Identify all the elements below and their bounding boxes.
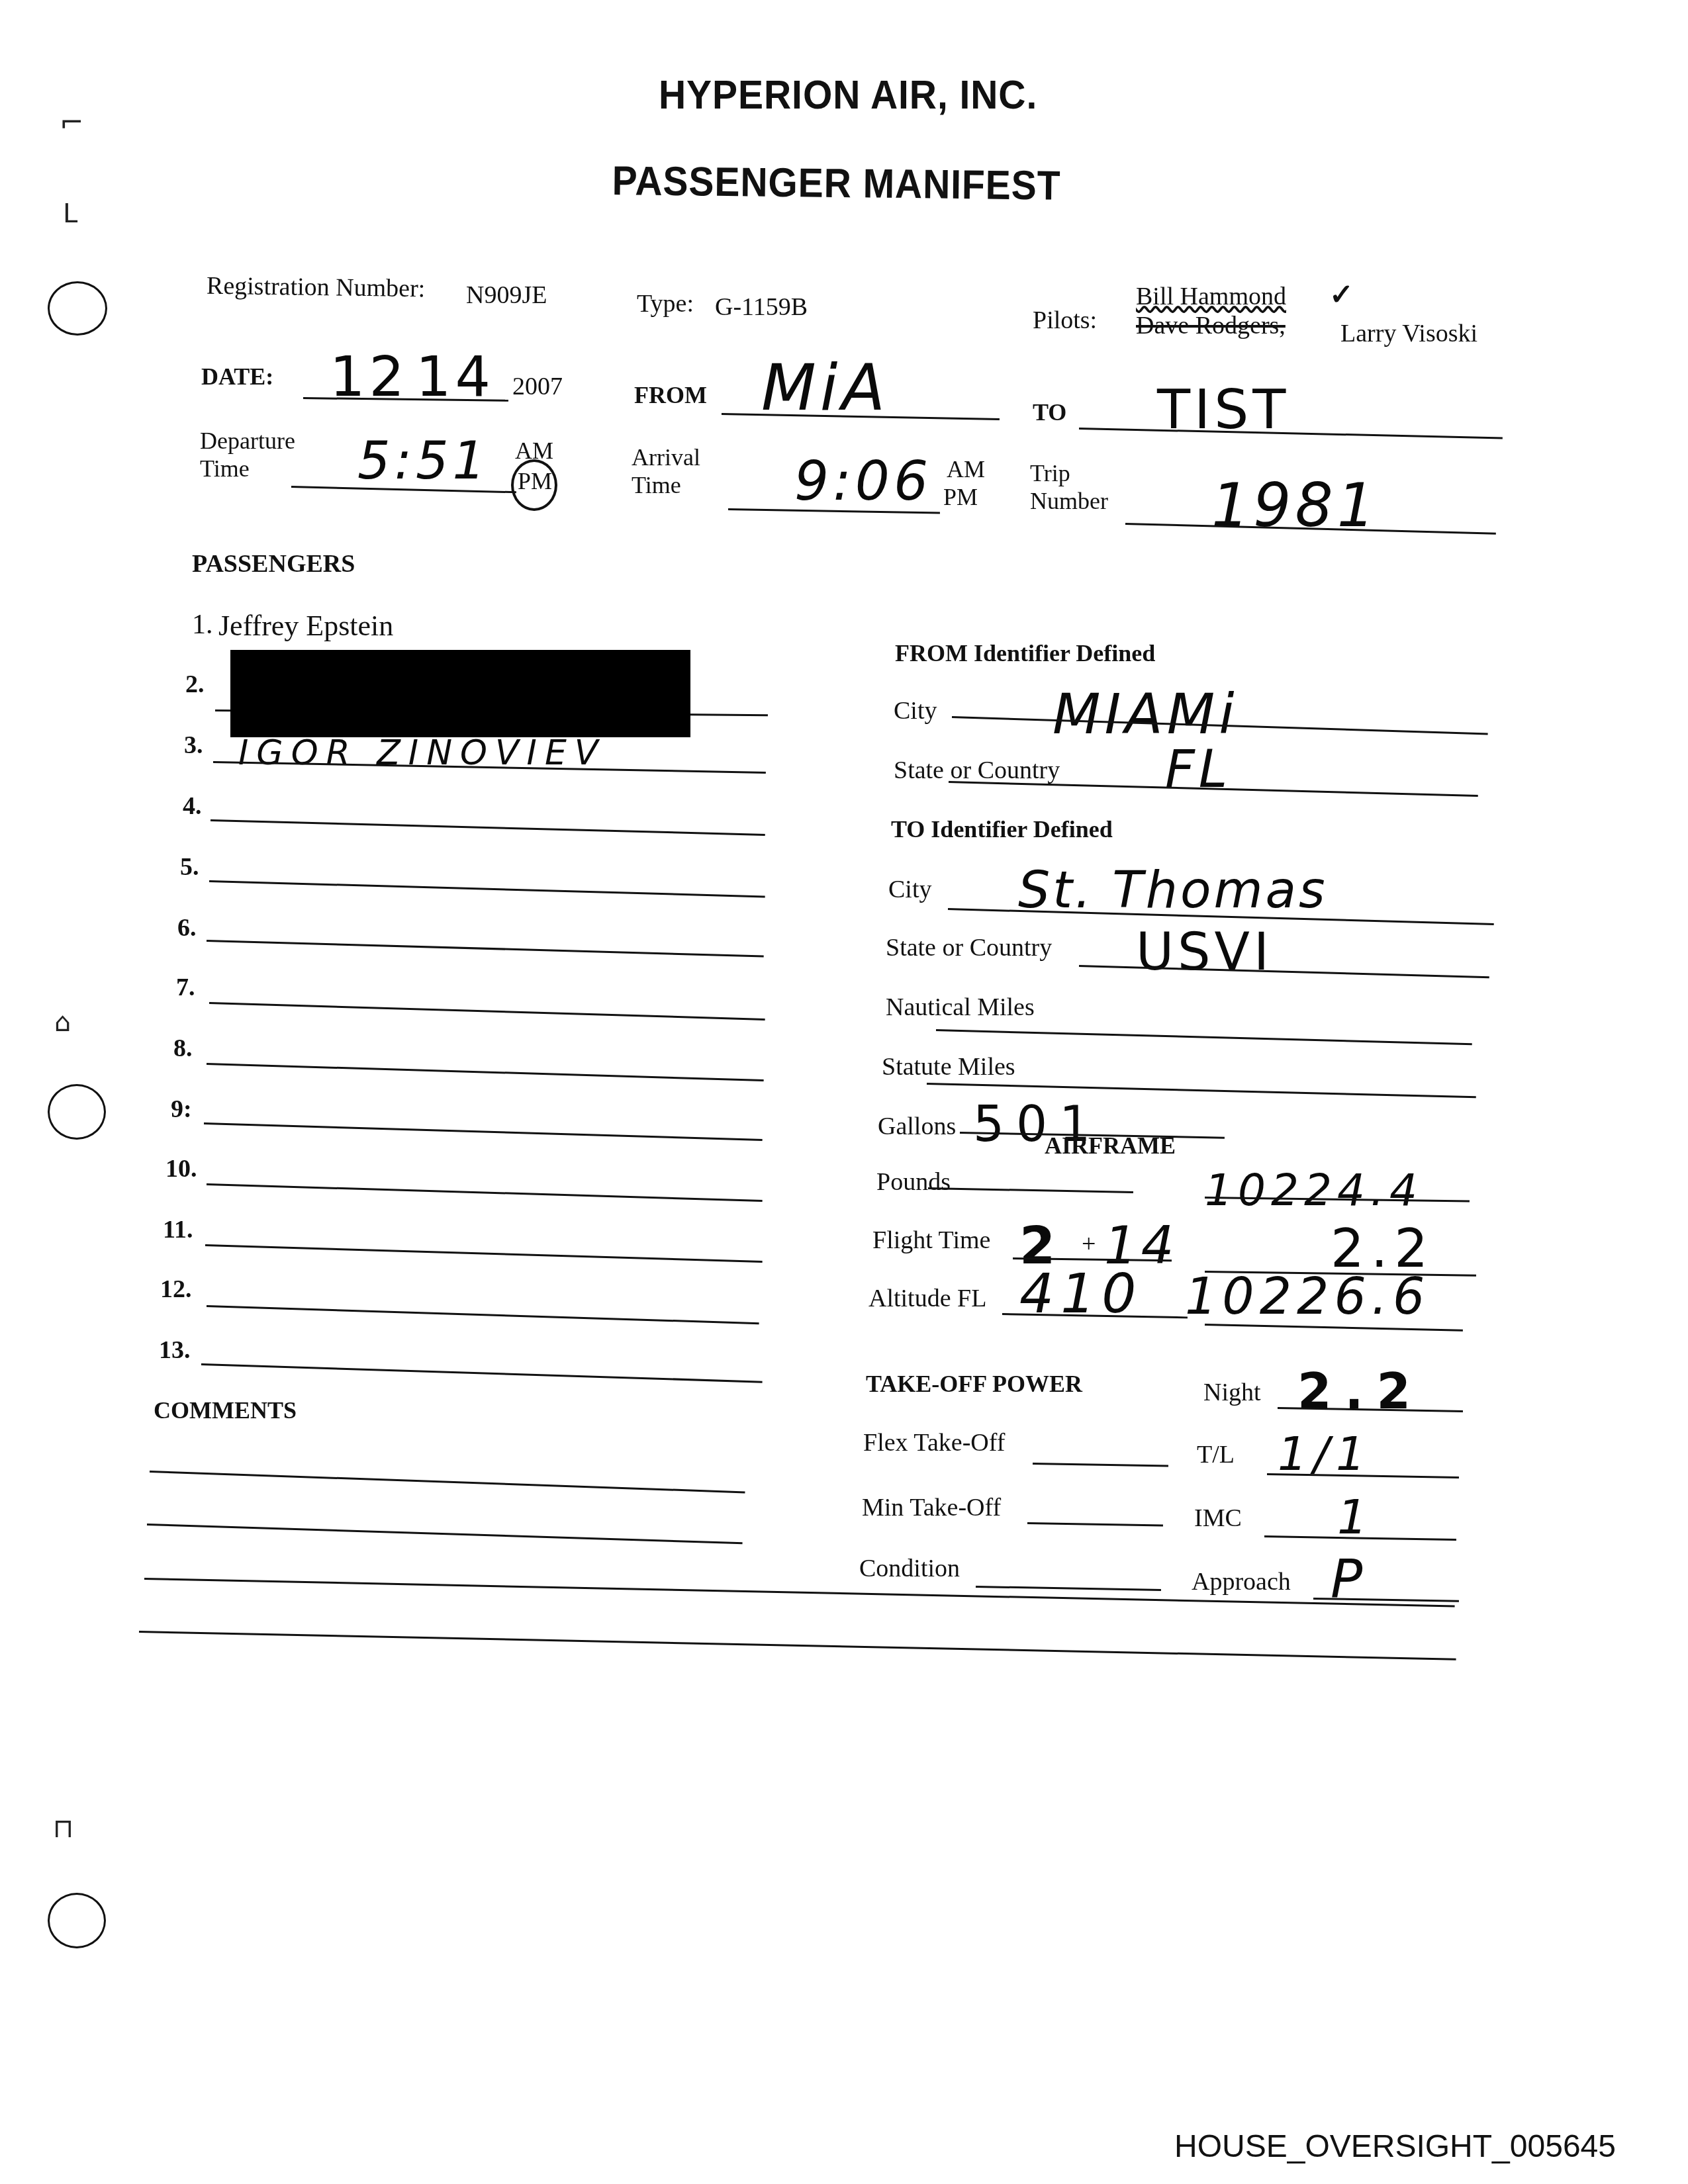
nautical-miles-underline[interactable]	[936, 1029, 1472, 1045]
pm-selected-circle	[511, 459, 557, 511]
flex-takeoff-label: Flex Take-Off	[863, 1428, 1005, 1457]
flight-time-label: Flight Time	[872, 1226, 990, 1255]
passenger-line	[204, 1122, 763, 1141]
comments-heading: COMMENTS	[154, 1396, 297, 1424]
departure-label: Departure Time	[200, 427, 295, 482]
date-year: 2007	[512, 372, 563, 401]
imc-label: IMC	[1194, 1504, 1242, 1533]
registration-label: Registration Number:	[207, 271, 426, 304]
to-state-label: State or Country	[886, 933, 1052, 962]
type-value: G-1159B	[715, 293, 808, 322]
arrival-am: AM	[947, 455, 985, 483]
passenger-line	[209, 1002, 765, 1021]
passenger-num: 3.	[184, 731, 203, 760]
from-label: FROM	[634, 381, 707, 409]
passenger-num: 5.	[180, 852, 199, 882]
binder-hole-top	[48, 281, 107, 336]
passenger-num: 11.	[163, 1215, 193, 1244]
night-value[interactable]: 2.2	[1297, 1363, 1424, 1420]
pilot-second: Larry Visoski	[1340, 319, 1477, 348]
airframe-heading: AIRFRAME	[1045, 1132, 1176, 1160]
passenger-line	[207, 1183, 763, 1202]
condition-underline[interactable]	[976, 1586, 1161, 1591]
passenger-num: 10.	[165, 1154, 197, 1183]
to-city-label: City	[888, 875, 931, 904]
margin-scribble: ᒪ	[63, 199, 77, 229]
takeoff-power-heading: TAKE-OFF POWER	[866, 1370, 1082, 1398]
passenger-num: 13.	[159, 1336, 191, 1365]
pounds-underline[interactable]	[928, 1187, 1133, 1193]
tl-label: T/L	[1197, 1440, 1235, 1469]
passenger-line	[205, 1244, 763, 1263]
departure-time-value[interactable]: 5:51	[357, 432, 489, 491]
to-city-value[interactable]: St. Thomas	[1018, 860, 1328, 919]
flight-time-plus: +	[1082, 1230, 1096, 1259]
from-city-value[interactable]: MIAMi	[1053, 682, 1239, 747]
trip-label: Trip Number	[1030, 459, 1108, 515]
passenger-num: 12.	[160, 1275, 192, 1304]
from-identifier-heading: FROM Identifier Defined	[895, 639, 1155, 667]
margin-scribble: ⊓	[53, 1813, 73, 1844]
binder-hole-middle	[48, 1084, 106, 1140]
margin-scribble: ⌂	[54, 1007, 71, 1038]
arrival-time-value[interactable]: 9:06	[794, 450, 932, 513]
passenger-name: Jeffrey Epstein	[218, 609, 393, 643]
passenger-num: 2.	[185, 670, 205, 699]
to-underline	[1079, 428, 1503, 439]
passenger-line	[207, 1305, 759, 1324]
passenger-num: 4.	[183, 792, 202, 821]
min-takeoff-underline[interactable]	[1027, 1522, 1163, 1527]
airframe-end-value[interactable]: 10226.6	[1185, 1267, 1430, 1326]
arrival-label-line2: Time	[632, 471, 700, 499]
nautical-miles-label: Nautical Miles	[886, 993, 1035, 1022]
to-label: TO	[1033, 398, 1066, 426]
arrival-pm: PM	[943, 483, 978, 511]
page-title: PASSENGER MANIFEST	[612, 158, 1061, 210]
pilots-label: Pilots:	[1033, 306, 1097, 335]
comments-line	[150, 1471, 745, 1493]
passenger-num: 6.	[177, 913, 197, 942]
trip-label-line2: Number	[1030, 487, 1108, 515]
passenger-line	[207, 1063, 764, 1081]
binder-hole-bottom	[48, 1893, 106, 1948]
passenger-line	[207, 940, 764, 958]
to-state-value[interactable]: USVI	[1136, 923, 1273, 982]
min-takeoff-label: Min Take-Off	[862, 1493, 1001, 1522]
passenger-num: 1.	[192, 609, 213, 641]
passenger-num: 7.	[176, 973, 195, 1002]
pilot-struck-out: Dave Rodgers,	[1136, 311, 1286, 340]
passengers-heading: PASSENGERS	[192, 549, 355, 578]
company-name: HYPERION AIR, INC.	[659, 71, 1037, 118]
comments-line	[139, 1631, 1456, 1661]
approach-value[interactable]: P	[1331, 1549, 1366, 1610]
trip-label-line1: Trip	[1030, 459, 1108, 487]
from-state-value[interactable]: FL	[1165, 740, 1231, 799]
arrival-label: Arrival Time	[632, 443, 700, 499]
airframe-start-value[interactable]: 10224.4	[1205, 1165, 1423, 1216]
statute-miles-label: Statute Miles	[882, 1052, 1015, 1081]
flex-takeoff-underline[interactable]	[1033, 1463, 1168, 1467]
departure-label-line2: Time	[200, 455, 295, 482]
departure-label-line1: Departure	[200, 427, 295, 455]
type-label: Type:	[637, 289, 694, 318]
approach-label: Approach	[1192, 1567, 1291, 1596]
gallons-label: Gallons	[878, 1112, 956, 1141]
passenger-line	[209, 880, 765, 897]
pilot-added: Bill Hammond	[1136, 282, 1286, 311]
checkmark-icon: ✓	[1329, 278, 1354, 312]
registration-value: N909JE	[466, 281, 547, 310]
passenger-num: 9:	[171, 1095, 192, 1124]
passenger-line	[211, 819, 765, 836]
bates-number: HOUSE_OVERSIGHT_005645	[1174, 2128, 1616, 2165]
redaction-box	[230, 650, 690, 737]
arrival-label-line1: Arrival	[632, 443, 700, 471]
altitude-label: Altitude FL	[868, 1284, 986, 1313]
passenger-num: 8.	[173, 1034, 193, 1063]
pounds-label: Pounds	[876, 1167, 951, 1197]
from-city-label: City	[894, 696, 937, 725]
comments-line	[147, 1524, 743, 1544]
passenger-line	[201, 1363, 763, 1383]
condition-label: Condition	[859, 1554, 960, 1583]
from-state-label: State or Country	[894, 756, 1060, 785]
margin-scribble: ⌐	[60, 106, 84, 140]
to-identifier-heading: TO Identifier Defined	[891, 815, 1113, 843]
date-label: DATE:	[201, 363, 273, 390]
night-label: Night	[1203, 1378, 1261, 1407]
